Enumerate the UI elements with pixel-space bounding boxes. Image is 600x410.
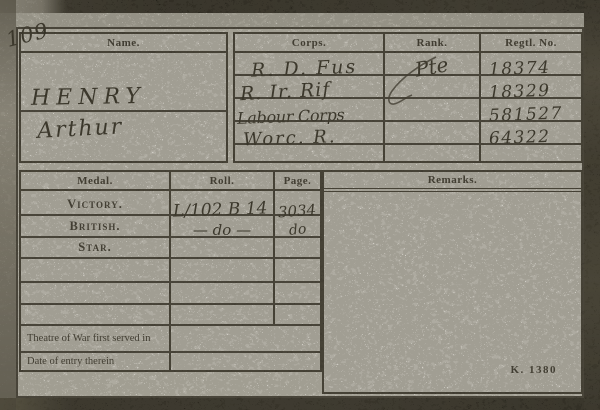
medal-row-empty [21, 283, 320, 305]
medal-row-empty [21, 305, 320, 326]
roll-value: L/102 B 14 [171, 201, 268, 220]
name-header-row: Name. [21, 34, 226, 53]
corps-entry: R. D. Fus [235, 59, 358, 80]
scan-edge-left [0, 0, 16, 410]
corps-entry: Worc. R. [235, 129, 337, 149]
date-of-entry-row: Date of entry therein [21, 353, 320, 370]
corps-entry: Labour Corps [235, 108, 345, 126]
medal-row-victory: Victory. L/102 B 14 3034 [21, 191, 320, 216]
medal-header-row: Medal. Roll. Page. [21, 172, 320, 191]
surname-value: HENRY [21, 87, 146, 109]
forename-value: Arthur [20, 109, 123, 142]
corps-entry: R. Ir. Rif [235, 81, 331, 103]
medal-name: Victory. [67, 197, 123, 212]
scan-edge-top [0, 0, 600, 13]
medal-header: Medal. [77, 175, 113, 187]
theatre-of-war-row: Theatre of War first served in [21, 326, 320, 353]
forename-row: Arthur [21, 112, 226, 161]
rank-ditto-stroke [376, 51, 448, 117]
date-of-entry-value [171, 353, 320, 370]
regtl-no-entry: 581527 [481, 106, 563, 124]
medal-index-card-scan: 109 Name. HENRY Arthur Corps. Rank. Regt… [0, 0, 600, 410]
name-box: Name. HENRY Arthur [19, 32, 228, 163]
date-of-entry-label: Date of entry therein [24, 356, 114, 367]
scan-edge-bottom [0, 398, 600, 410]
regtl-no-entry: 18329 [481, 83, 551, 101]
theatre-of-war-label: Theatre of War first served in [24, 333, 150, 344]
scan-edge-right [584, 0, 600, 410]
theatre-of-war-value [171, 326, 320, 351]
roll-header: Roll. [210, 175, 235, 187]
name-header-label: Name. [107, 37, 140, 49]
remarks-header-label: Remarks. [428, 174, 478, 186]
medal-row-empty [21, 259, 320, 283]
page-value: 3034 [278, 203, 317, 219]
medal-row-star: Star. [21, 238, 320, 259]
form-code: K. 1380 [510, 364, 557, 376]
medal-name: British. [70, 219, 121, 234]
regtl-no-entry: 64322 [481, 129, 551, 147]
page-value: do [288, 224, 307, 238]
regtl-no-entry: 18374 [481, 60, 551, 78]
roll-value: — do — [193, 224, 251, 238]
regtl-no-header: Regtl. No. [505, 37, 557, 49]
page-header: Page. [284, 175, 312, 187]
medal-name: Star. [78, 240, 111, 255]
medal-table: Medal. Roll. Page. Victory. L/102 B 14 3… [19, 170, 322, 372]
rank-header: Rank. [417, 37, 448, 49]
surname-row: HENRY [21, 53, 226, 112]
remarks-header-row: Remarks. [324, 172, 581, 192]
remarks-box: Remarks. K. 1380 [322, 170, 583, 394]
corps-header: Corps. [292, 37, 326, 49]
